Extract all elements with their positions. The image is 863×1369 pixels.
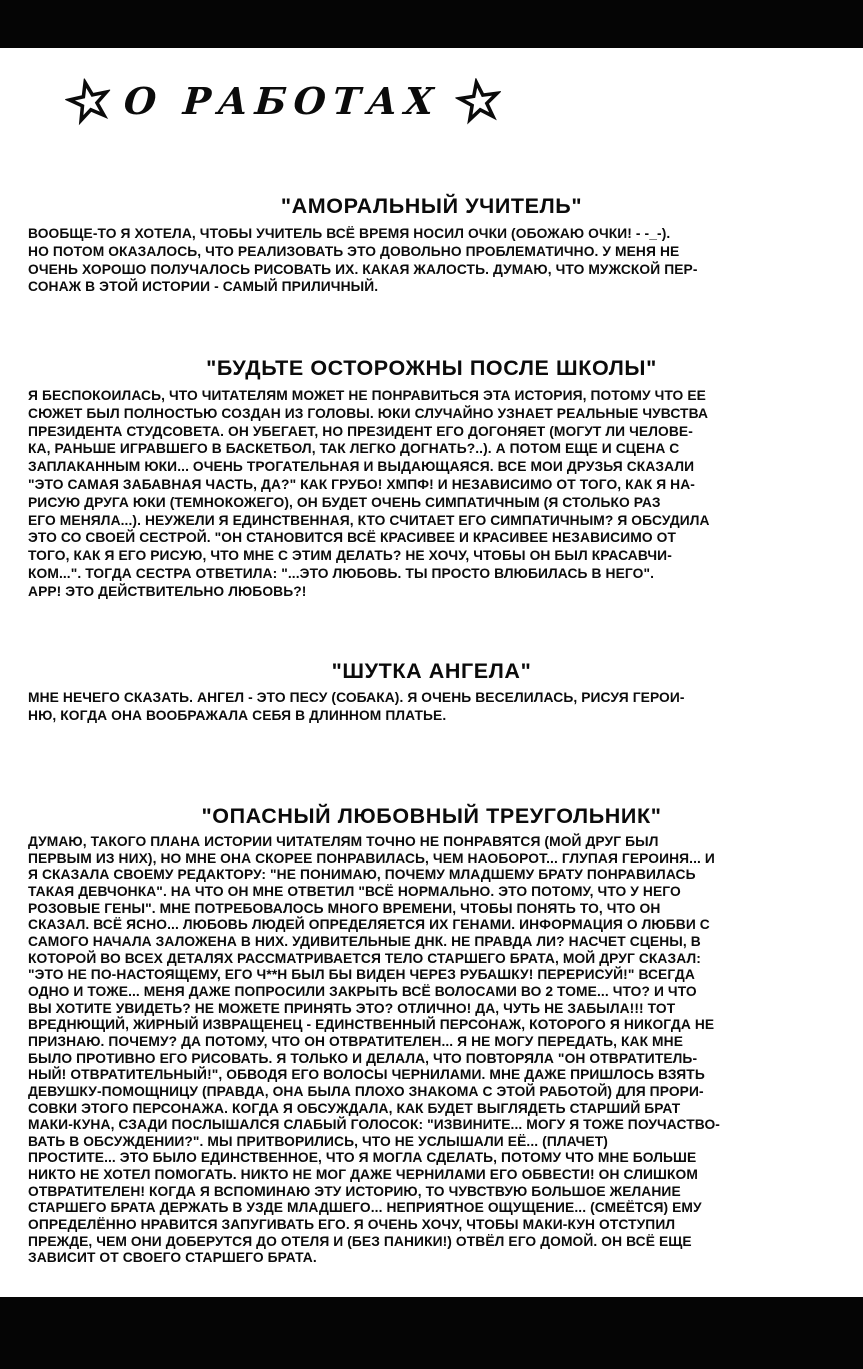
section-body: МНЕ НЕЧЕГО СКАЗАТЬ. АНГЕЛ - ЭТО ПЕСУ (СО… (28, 689, 863, 725)
section-heading: "ШУТКА АНГЕЛА" (28, 659, 835, 684)
star-icon (62, 74, 117, 129)
section-amoral-teacher: "АМОРАЛЬНЫЙ УЧИТЕЛЬ" ВООБЩЕ-ТО Я ХОТЕЛА,… (0, 194, 863, 296)
manga-notes-page: О РАБОТАХ "АМОРАЛЬНЫЙ УЧИТЕЛЬ" ВООБЩЕ-ТО… (0, 0, 863, 1369)
section-heading: "АМОРАЛЬНЫЙ УЧИТЕЛЬ" (28, 194, 835, 219)
page-title-text: О РАБОТАХ (122, 79, 441, 123)
top-black-bar (0, 0, 863, 48)
page-title: О РАБОТАХ (66, 78, 502, 124)
bottom-black-bar (0, 1297, 863, 1369)
section-dangerous-love-triangle: "ОПАСНЫЙ ЛЮБОВНЫЙ ТРЕУГОЛЬНИК" ДУМАЮ, ТА… (0, 804, 863, 1267)
section-body: Я БЕСПОКОИЛАСЬ, ЧТО ЧИТАТЕЛЯМ МОЖЕТ НЕ П… (28, 387, 863, 601)
star-icon (453, 75, 505, 127)
section-heading: "ОПАСНЫЙ ЛЮБОВНЫЙ ТРЕУГОЛЬНИК" (28, 804, 835, 829)
section-body: ДУМАЮ, ТАКОГО ПЛАНА ИСТОРИИ ЧИТАТЕЛЯМ ТО… (28, 834, 863, 1267)
section-careful-after-school: "БУДЬТЕ ОСТОРОЖНЫ ПОСЛЕ ШКОЛЫ" Я БЕСПОКО… (0, 356, 863, 601)
section-body: ВООБЩЕ-ТО Я ХОТЕЛА, ЧТОБЫ УЧИТЕЛЬ ВСЁ ВР… (28, 225, 863, 296)
section-heading: "БУДЬТЕ ОСТОРОЖНЫ ПОСЛЕ ШКОЛЫ" (28, 356, 835, 381)
section-angels-joke: "ШУТКА АНГЕЛА" МНЕ НЕЧЕГО СКАЗАТЬ. АНГЕЛ… (0, 659, 863, 725)
